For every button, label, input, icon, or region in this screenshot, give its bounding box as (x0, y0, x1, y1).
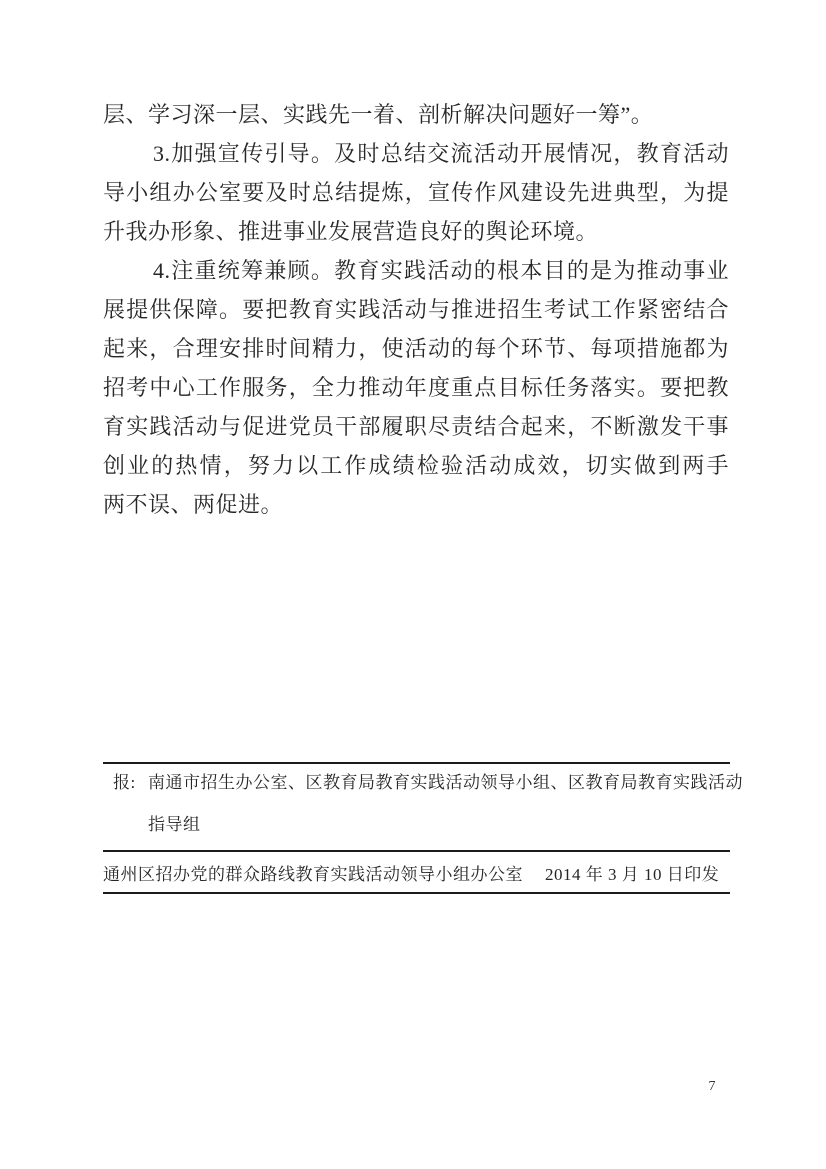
body-line: 导小组办公室要及时总结提炼，宣传作风建设先进典型，为提 (103, 173, 729, 212)
separator-rule-top (103, 762, 730, 764)
page-number: 7 (700, 1078, 724, 1096)
separator-rule-middle (103, 850, 730, 852)
body-line: 升我办形象、推进事业发展营造良好的舆论环境。 (103, 212, 729, 251)
body-text: 层、学习深一层、实践先一着、剖析解决问题好一筹”。 3.加强宣传引导。及时总结交… (103, 95, 729, 524)
body-line: 招考中心工作服务，全力推动年度重点目标任务落实。要把教 (103, 368, 729, 407)
report-recipients-continuation: 指导组 (148, 814, 201, 836)
report-label: 报: (113, 772, 148, 794)
body-line: 育实践活动与促进党员干部履职尽责结合起来，不断激发干事 (103, 407, 729, 446)
document-page: 层、学习深一层、实践先一着、剖析解决问题好一筹”。 3.加强宣传引导。及时总结交… (0, 0, 826, 1169)
body-line: 展提供保障。要把教育实践活动与推进招生考试工作紧密结合 (103, 290, 729, 329)
issuer-line: 通州区招办党的群众路线教育实践活动领导小组办公室2014 年 3 月 10 日印… (103, 864, 719, 886)
separator-rule-bottom (103, 892, 730, 894)
issuer-office: 通州区招办党的群众路线教育实践活动领导小组办公室 (103, 865, 523, 884)
report-recipients: 南通市招生办公室、区教育局教育实践活动领导小组、区教育局教育实践活动 (148, 773, 743, 792)
body-line: 创业的热情，努力以工作成绩检验活动成效，切实做到两手抓、 (103, 446, 729, 485)
print-date: 2014 年 3 月 10 日印发 (545, 865, 719, 884)
body-line: 4.注重统筹兼顾。教育实践活动的根本目的是为推动事业发 (103, 251, 729, 290)
body-line: 层、学习深一层、实践先一着、剖析解决问题好一筹”。 (103, 95, 729, 134)
report-recipients-line: 报:南通市招生办公室、区教育局教育实践活动领导小组、区教育局教育实践活动 (113, 772, 743, 794)
body-line: 起来，合理安排时间精力，使活动的每个环节、每项措施都为 (103, 329, 729, 368)
body-line: 3.加强宣传引导。及时总结交流活动开展情况，教育活动领 (103, 134, 729, 173)
body-line: 两不误、两促进。 (103, 485, 729, 524)
